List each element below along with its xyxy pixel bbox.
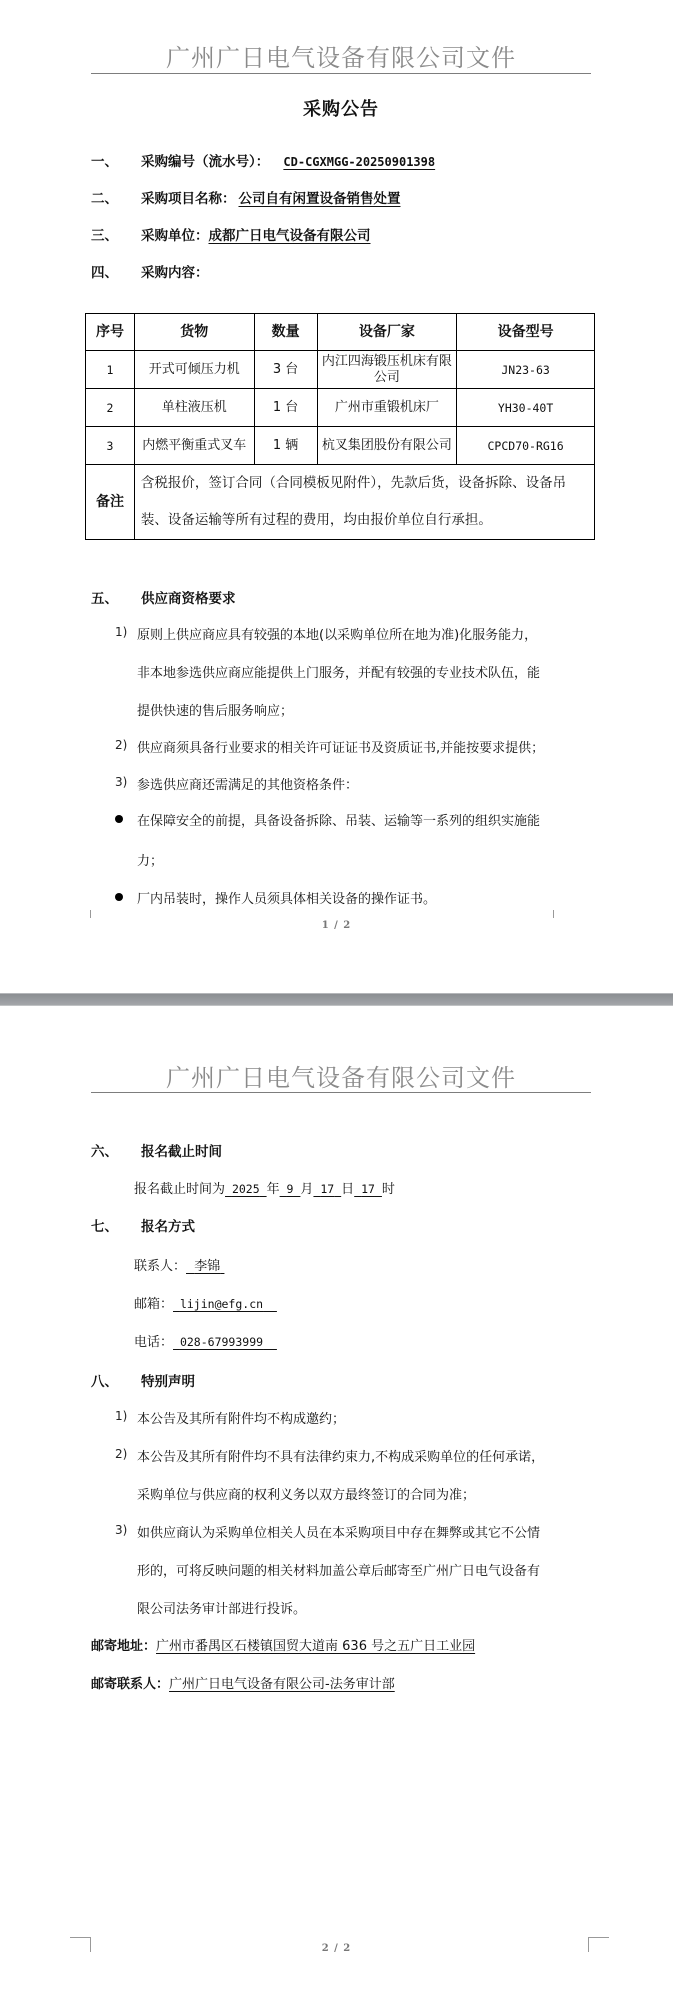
mailing-contact-line: 邮寄联系人：广州广日电气设备有限公司-法务审计部 — [91, 1673, 395, 1692]
table-header-row: 序号 货物 数量 设备厂家 设备型号 — [86, 314, 595, 351]
bullet-icon — [115, 815, 123, 823]
item-number: 1) — [115, 625, 127, 639]
margin-mark-left — [90, 910, 91, 918]
procurement-table: 序号 货物 数量 设备厂家 设备型号 1 开式可倾压力机 3 台 内江四海锻压机… — [85, 313, 595, 540]
header-quantity: 数量 — [254, 314, 317, 351]
email-label: 邮箱： — [134, 1297, 173, 1312]
section-label: 供应商资格要求 — [141, 591, 236, 607]
mailing-address-value: 广州市番禺区石楼镇国贸大道南 636 号之五广日工业园 — [156, 1639, 475, 1654]
bullet-icon — [115, 893, 123, 901]
section-special-statement: 八、特别声明 — [91, 1370, 195, 1390]
mailing-address-line: 邮寄地址：广州市番禺区石楼镇国贸大道南 636 号之五广日工业园 — [91, 1635, 475, 1654]
phone-value: 028-67993999 — [173, 1335, 277, 1349]
qualification-item-1-line-2: 非本地参选供应商应能提供上门服务，并配有较强的专业技术队伍，能 — [137, 662, 540, 681]
item-number: 3) — [115, 775, 127, 789]
table-row: 3 内燃平衡重式叉车 1 辆 杭叉集团股份有限公司 CPCD70-RG16 — [86, 427, 595, 465]
statement-item-3-line-3: 限公司法务审计部进行投诉。 — [137, 1598, 306, 1617]
cell-quantity: 1 辆 — [254, 427, 317, 465]
section-label: 采购单位： — [141, 228, 209, 244]
section-number: 四、 — [91, 261, 141, 281]
procurement-unit-value: 成都广日电气设备有限公司 — [209, 228, 371, 244]
page-number: 2 / 2 — [0, 1943, 673, 1954]
deadline-year: 2025 — [225, 1182, 267, 1196]
section-registration-deadline: 六、报名截止时间 — [91, 1140, 222, 1160]
deadline-hour-unit: 时 — [382, 1182, 395, 1197]
section-number: 一、 — [91, 150, 141, 170]
section-number: 二、 — [91, 187, 141, 207]
cell-goods: 单柱液压机 — [134, 389, 254, 427]
qualification-item-1-line-1: 原则上供应商应具有较强的本地(以采购单位所在地为准)化服务能力， — [137, 624, 537, 643]
page-1: 广州广日电气设备有限公司文件 采购公告 一、采购编号（流水号）：CD-CGXMG… — [0, 0, 673, 993]
section-label: 报名方式 — [141, 1219, 195, 1235]
phone-label: 电话： — [134, 1335, 173, 1350]
section-number: 六、 — [91, 1140, 141, 1160]
section-procurement-content: 四、采购内容： — [91, 261, 209, 281]
qualification-item-1-line-3: 提供快速的售后服务响应； — [137, 700, 293, 719]
deadline-hour: 17 — [354, 1182, 382, 1196]
cell-quantity: 1 台 — [254, 389, 317, 427]
contact-line: 联系人： 李锦 — [134, 1255, 224, 1274]
deadline-month-unit: 月 — [300, 1182, 313, 1197]
cell-model: YH30-40T — [457, 389, 595, 427]
project-name-value: 公司自有闲置设备销售处置 — [236, 191, 413, 207]
cell-manufacturer: 广州市重锻机床厂 — [317, 389, 457, 427]
section-label: 采购项目名称： — [141, 191, 236, 207]
cell-index: 3 — [86, 427, 135, 465]
cell-manufacturer: 内江四海锻压机床有限公司 — [317, 351, 457, 389]
section-number: 七、 — [91, 1215, 141, 1235]
mailing-contact-value: 广州广日电气设备有限公司-法务审计部 — [169, 1677, 395, 1692]
table-row: 1 开式可倾压力机 3 台 内江四海锻压机床有限公司 JN23-63 — [86, 351, 595, 389]
header-model: 设备型号 — [457, 314, 595, 351]
statement-item-2-line-2: 采购单位与供应商的权利义务以双方最终签订的合同为准； — [137, 1484, 475, 1503]
email-line: 邮箱： lijin@efg.cn — [134, 1293, 277, 1312]
page-number: 1 / 2 — [0, 920, 673, 931]
cell-goods: 内燃平衡重式叉车 — [134, 427, 254, 465]
section-project-name: 二、采购项目名称：公司自有闲置设备销售处置 — [91, 187, 413, 207]
deadline-year-unit: 年 — [267, 1182, 280, 1197]
cell-manufacturer: 杭叉集团股份有限公司 — [317, 427, 457, 465]
mailing-address-label: 邮寄地址： — [91, 1639, 156, 1654]
header-index: 序号 — [86, 314, 135, 351]
statement-item-3-line-1: 如供应商认为采购单位相关人员在本采购项目中存在舞弊或其它不公情 — [137, 1522, 540, 1541]
qualification-bullet-1-line-1: 在保障安全的前提，具备设备拆除、吊装、运输等一系列的组织实施能 — [137, 810, 540, 829]
item-number: 2) — [115, 738, 127, 752]
table-row: 2 单柱液压机 1 台 广州市重锻机床厂 YH30-40T — [86, 389, 595, 427]
document-title: 采购公告 — [91, 95, 591, 121]
contact-label: 联系人： — [134, 1259, 186, 1274]
notes-label: 备注 — [86, 465, 135, 540]
page-2: 广州广日电气设备有限公司文件 六、报名截止时间 报名截止时间为 2025 年 9… — [0, 1006, 673, 1997]
statement-item-2-line-1: 本公告及其所有附件均不具有法律约束力,不构成采购单位的任何承诺， — [137, 1446, 544, 1465]
deadline-day: 17 — [313, 1182, 341, 1196]
letterhead-rule — [91, 1092, 591, 1093]
section-procurement-unit: 三、采购单位：成都广日电气设备有限公司 — [91, 224, 371, 244]
cell-quantity: 3 台 — [254, 351, 317, 389]
statement-item-3-line-2: 形的，可将反映问题的相关材料加盖公章后邮寄至广州广日电气设备有 — [137, 1560, 540, 1579]
notes-text: 含税报价，签订合同（合同模板见附件），先款后货，设备拆除、设备吊装、设备运输等所… — [134, 465, 594, 540]
letterhead-title: 广州广日电气设备有限公司文件 — [91, 38, 591, 73]
letterhead-rule — [91, 73, 591, 74]
section-label: 采购内容： — [141, 265, 209, 281]
table-notes-row: 备注 含税报价，签订合同（合同模板见附件），先款后货，设备拆除、设备吊装、设备运… — [86, 465, 595, 540]
qualification-bullet-1-line-2: 力； — [137, 850, 163, 869]
cell-index: 1 — [86, 351, 135, 389]
page-separator — [0, 993, 673, 1006]
section-registration-method: 七、报名方式 — [91, 1215, 195, 1235]
header-goods: 货物 — [134, 314, 254, 351]
qualification-bullet-2: 厂内吊装时，操作人员须具体相关设备的操作证书。 — [137, 888, 436, 907]
statement-item-1: 本公告及其所有附件均不构成邀约； — [137, 1408, 345, 1427]
contact-value: 李锦 — [186, 1259, 224, 1274]
section-number: 八、 — [91, 1370, 141, 1390]
email-value[interactable]: lijin@efg.cn — [173, 1297, 277, 1311]
section-procurement-number: 一、采购编号（流水号）：CD-CGXMGG-20250901398 — [91, 150, 449, 170]
phone-line: 电话： 028-67993999 — [134, 1331, 277, 1350]
item-number: 1) — [115, 1409, 127, 1423]
qualification-item-2: 供应商须具备行业要求的相关许可证证书及资质证书,并能按要求提供； — [137, 737, 544, 756]
section-supplier-qualifications: 五、供应商资格要求 — [91, 587, 236, 607]
item-number: 2) — [115, 1447, 127, 1461]
deadline-month: 9 — [280, 1182, 301, 1196]
header-manufacturer: 设备厂家 — [317, 314, 457, 351]
cell-model: CPCD70-RG16 — [457, 427, 595, 465]
cell-goods: 开式可倾压力机 — [134, 351, 254, 389]
mailing-contact-label: 邮寄联系人： — [91, 1677, 169, 1692]
qualification-item-3: 参选供应商还需满足的其他资格条件： — [137, 774, 358, 793]
cell-index: 2 — [86, 389, 135, 427]
procurement-number-value: CD-CGXMGG-20250901398 — [269, 155, 449, 169]
deadline-day-unit: 日 — [341, 1182, 354, 1197]
section-label: 特别声明 — [141, 1374, 195, 1390]
section-label: 报名截止时间 — [141, 1144, 222, 1160]
deadline-line: 报名截止时间为 2025 年 9 月 17 日 17 时 — [134, 1178, 395, 1197]
letterhead-title: 广州广日电气设备有限公司文件 — [91, 1058, 591, 1093]
section-number: 三、 — [91, 224, 141, 244]
deadline-prefix: 报名截止时间为 — [134, 1182, 225, 1197]
section-label: 采购编号（流水号）： — [141, 154, 269, 170]
cell-model: JN23-63 — [457, 351, 595, 389]
margin-mark-right — [553, 910, 554, 918]
item-number: 3) — [115, 1523, 127, 1537]
section-number: 五、 — [91, 587, 141, 607]
